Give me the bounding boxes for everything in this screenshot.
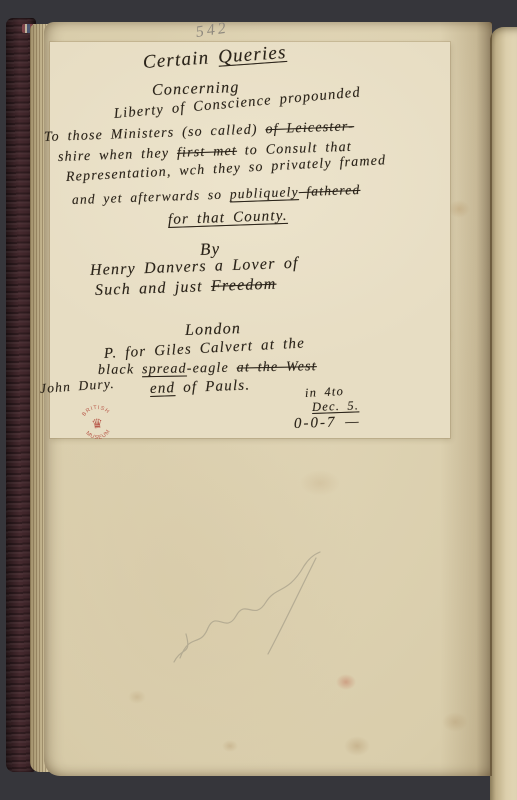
title-line: for that County. — [168, 208, 288, 229]
text-segment: Such and just — [95, 278, 212, 299]
date-note: Dec. 5. — [312, 398, 360, 415]
text-segment: To those Ministers (so called) — [44, 122, 266, 145]
imprint-line: black spread-eagle at the West — [98, 359, 317, 379]
imprint-line: end of Pauls. — [150, 378, 251, 398]
text-segment: of Pauls. — [175, 378, 251, 397]
title-line: Certain Queries — [142, 42, 287, 74]
title-line: and yet afterwards so publiquely fathere… — [72, 182, 361, 208]
byline-line: Such and just Freedom — [95, 276, 277, 300]
text-segment: Queries — [217, 42, 287, 68]
imprint-line: P. for Giles Calvert at the — [104, 335, 306, 363]
photograph-of-bound-manuscript-page: 542 Xb; NB. Dan. Certain Queries Concern… — [0, 0, 517, 800]
text-segment: end — [150, 380, 176, 397]
crown-icon: ♛ — [91, 416, 104, 432]
text-segment: first met — [177, 144, 238, 161]
curled-page-edge — [490, 27, 517, 800]
text-segment: shire when they — [58, 146, 178, 165]
text-segment: for that County. — [168, 208, 288, 228]
text-segment: of Leicester- — [265, 119, 354, 137]
text-segment: spread — [142, 361, 187, 377]
text-segment: at the West — [237, 359, 317, 375]
text-segment: fathered — [298, 182, 360, 199]
text-segment: -eagle — [187, 361, 237, 377]
text-segment: Certain — [142, 47, 219, 73]
pencil-signature-showthrough — [170, 548, 330, 673]
price-note: 0-0-7 — — [294, 414, 361, 433]
text-segment: Freedom — [211, 276, 277, 295]
british-museum-stamp: BRITISH MUSEUM ♛ — [77, 399, 117, 445]
text-segment: publiquely — [230, 184, 299, 201]
text-segment: and yet afterwards so — [72, 186, 230, 207]
text-segment: P. for Giles Calvert at the — [104, 335, 306, 362]
stamp-arc-top-text: BRITISH — [81, 404, 111, 418]
text-segment: By — [199, 239, 220, 259]
svg-text:BRITISH: BRITISH — [81, 404, 111, 418]
imprint-line: London — [185, 320, 242, 340]
text-segment: London — [185, 320, 242, 339]
